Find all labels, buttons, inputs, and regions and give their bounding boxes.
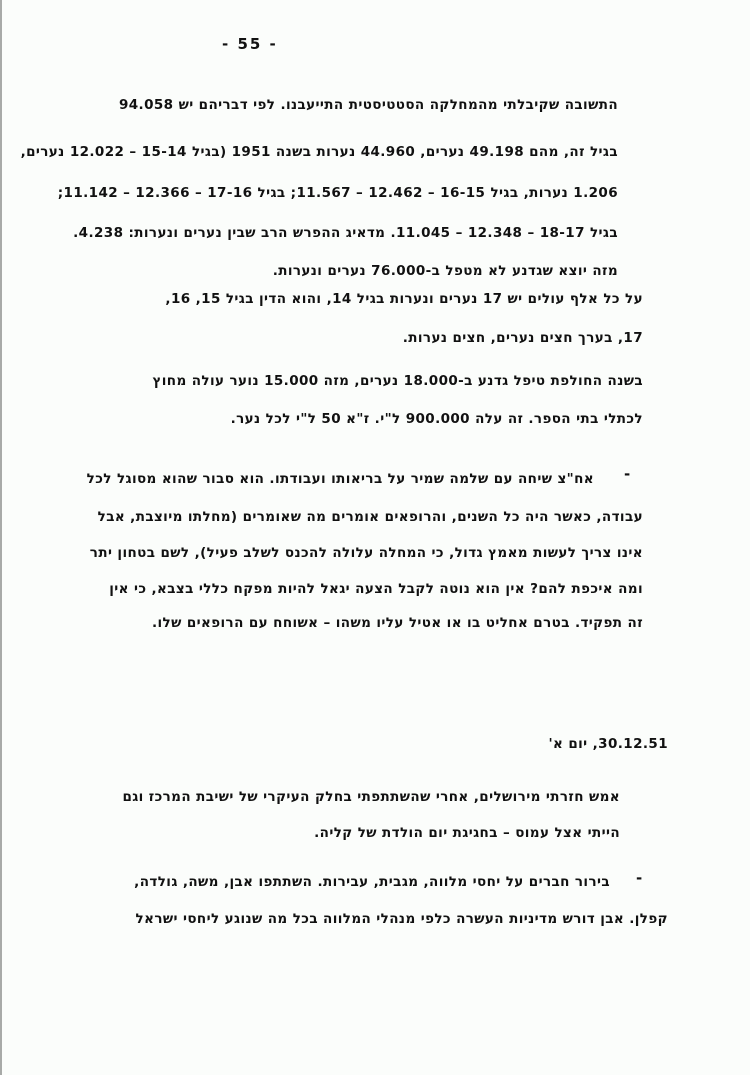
text-line: בירור חברים על יחסי מלווה, מגבית, עבירות… [134,873,610,891]
text-line: אינו צריך לעשות מאמץ גדול, כי המחלה עלול… [90,544,643,562]
text-line: לכתלי בתי הספר. זה עלה 900.000 ל"י. ז"א … [231,410,643,428]
text-line: בגיל זה, מהם 49.198 נערים, 44.960 נערות … [21,143,618,161]
text-line: מזה יוצא שגדנע לא מטפל ב-76.000 נערים ונ… [273,262,618,280]
text-line: אמש חזרתי מירושלים, אחרי שהשתתפתי בחלק ה… [122,788,620,806]
text-line: התשובה שקיבלתי מהמחלקה הסטטיסטית התייעבנ… [119,96,618,114]
page-number: - 55 - [222,35,278,53]
text-line: 1.206 נערות, בגיל 16-15 – 12.462 – 11.56… [58,184,618,202]
text-line: זה תפקיד. בטרם אחליט בו או אטיל עליו משה… [152,614,643,632]
text-line: בשנה החולפת טיפל גדנע ב-18.000 נערים, מז… [152,372,643,390]
text-line: עבודה, כאשר היה כל השנים, והרופאים אומרי… [98,508,643,526]
bullet-dash: - [624,465,630,483]
text-line: קפלן. אבן דורש מדיניות העשרה כלפי מנהלי … [136,910,668,928]
text-line: בגיל 18-17 – 12.348 – 11.045. מדאיג ההפר… [73,224,618,242]
text-line: 17, בערך חצים נערים, חצים נערות. [403,329,643,347]
text-line: ומה איכפת להם? אין הוא נוטה לקבל הצעה יג… [109,580,643,598]
bullet-dash: - [636,869,642,887]
text-line: הייתי אצל עמוס – בחגיגת יום הולדת של קלי… [314,824,620,842]
page-left-border [0,0,2,1075]
text-line: על כל אלף עולים יש 17 נערים ונערות בגיל … [165,290,643,308]
date-heading: 30.12.51, יום א' [548,735,668,753]
text-line: אח"צ שיחה עם שלמה שמיר על בריאותו ועבודת… [87,470,594,488]
